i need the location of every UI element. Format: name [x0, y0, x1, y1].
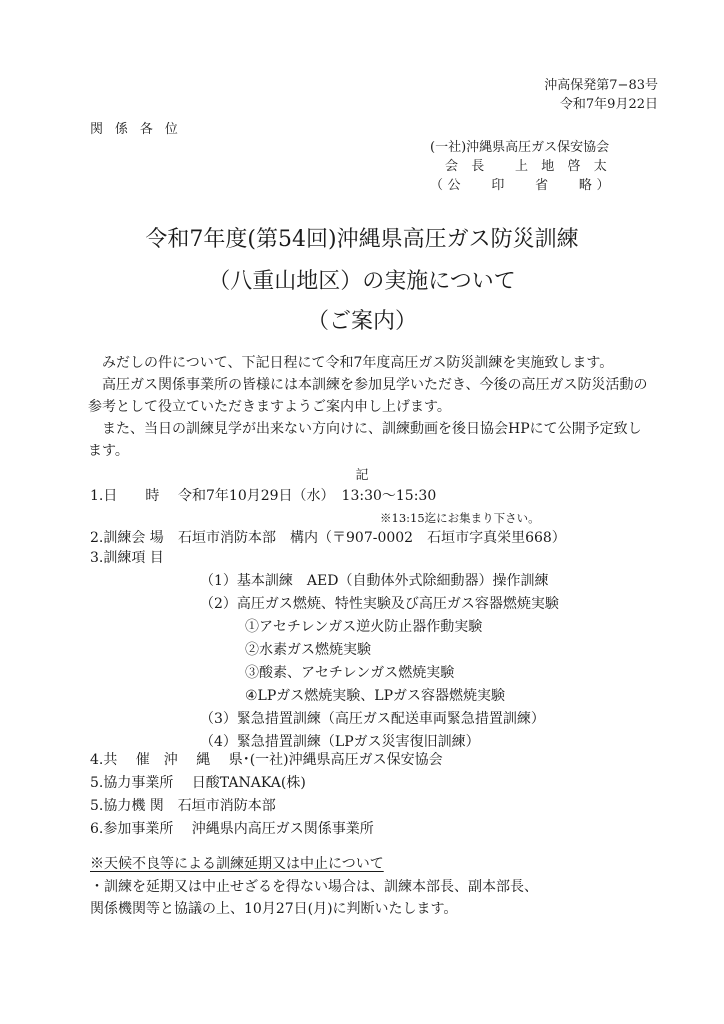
training-item-4: （4）緊急措置訓練（LPガス災害復旧訓練） [200, 733, 480, 751]
weather-notice-line-2: 関係機関等と協議の上、10月27日(月)に判断いたします。 [90, 900, 457, 918]
training-subitem-2: ②水素ガス燃焼実験 [245, 641, 371, 659]
training-subitem-1: ①アセチレンガス逆火防止器作動実験 [245, 618, 482, 636]
training-subitem-3: ③酸素、アセチレンガス燃焼実験 [245, 664, 454, 682]
training-item-2: （2）高圧ガス燃焼、特性実験及び高圧ガス容器燃焼実験 [200, 595, 559, 613]
seal-omitted-note: （公 印 省 略） [430, 178, 614, 194]
body-paragraph-3: また、当日の訓練見学が出来ない方向けに、訓練動画を後日協会HPにて公開予定致しま… [88, 418, 648, 462]
date-time-label: 1.日 時 [90, 487, 159, 505]
sender-organization: (一社)沖縄県高圧ガス保安協会 [430, 140, 609, 156]
title-line-3: （ご案内） [0, 308, 724, 336]
training-item-3: （3）緊急措置訓練（高圧ガス配送車両緊急措置訓練） [200, 710, 545, 728]
venue-value: 石垣市消防本部 構内（〒907-0002 石垣市字真栄里668） [178, 529, 566, 547]
title-line-1: 令和7年度(第54回)沖縄県高圧ガス防災訓練 [0, 226, 724, 254]
weather-notice-heading: ※天候不良等による訓練延期又は中止について [90, 855, 384, 873]
training-item-1: （1）基本訓練 AED（自動体外式除細動器）操作訓練 [200, 572, 548, 590]
weather-notice-line-1: ・訓練を延期又は中止せざるを得ない場合は、訓練本部長、副本部長、 [90, 878, 538, 896]
sender-title: 会 長 上 地 啓 太 [445, 159, 611, 175]
date-time-value: 令和7年10月29日（水） 13:30〜15:30 [178, 487, 436, 505]
document-date: 令和7年9月22日 [420, 97, 658, 113]
body-paragraph-2: 高圧ガス関係事業所の皆様には本訓練を参加見学いただき、今後の高圧ガス防災活動の参… [88, 374, 648, 418]
participating-businesses: 6.参加事業所 沖縄県内高圧ガス関係事業所 [90, 820, 374, 838]
training-subitem-4: ④LPガス燃焼実験、LPガス容器燃焼実験 [245, 687, 505, 705]
training-items-label: 3.訓練項 目 [90, 549, 164, 567]
co-organizers: 4.共 催 沖 縄 県･(一社)沖縄県高圧ガス保安協会 [90, 751, 443, 769]
venue-label: 2.訓練会 場 [90, 529, 164, 547]
document-number: 沖高保発第7−83号 [420, 78, 658, 94]
body-paragraph-1: みだしの件について、下記日程にて令和7年度高圧ガス防災訓練を実施致します。 [88, 352, 648, 374]
addressee: 関 係 各 位 [90, 122, 182, 138]
title-line-2: （八重山地区）の実施について [0, 268, 724, 296]
cooperating-business: 5.協力事業所 日酸TANAKA(株) [90, 774, 306, 792]
cooperating-agency: 5.協力機 関 石垣市消防本部 [90, 797, 276, 815]
details-heading: 記 [0, 468, 724, 484]
assembly-time-note: ※13:15迄にお集まり下さい。 [380, 510, 540, 526]
body-text: みだしの件について、下記日程にて令和7年度高圧ガス防災訓練を実施致します。 高圧… [88, 352, 648, 462]
